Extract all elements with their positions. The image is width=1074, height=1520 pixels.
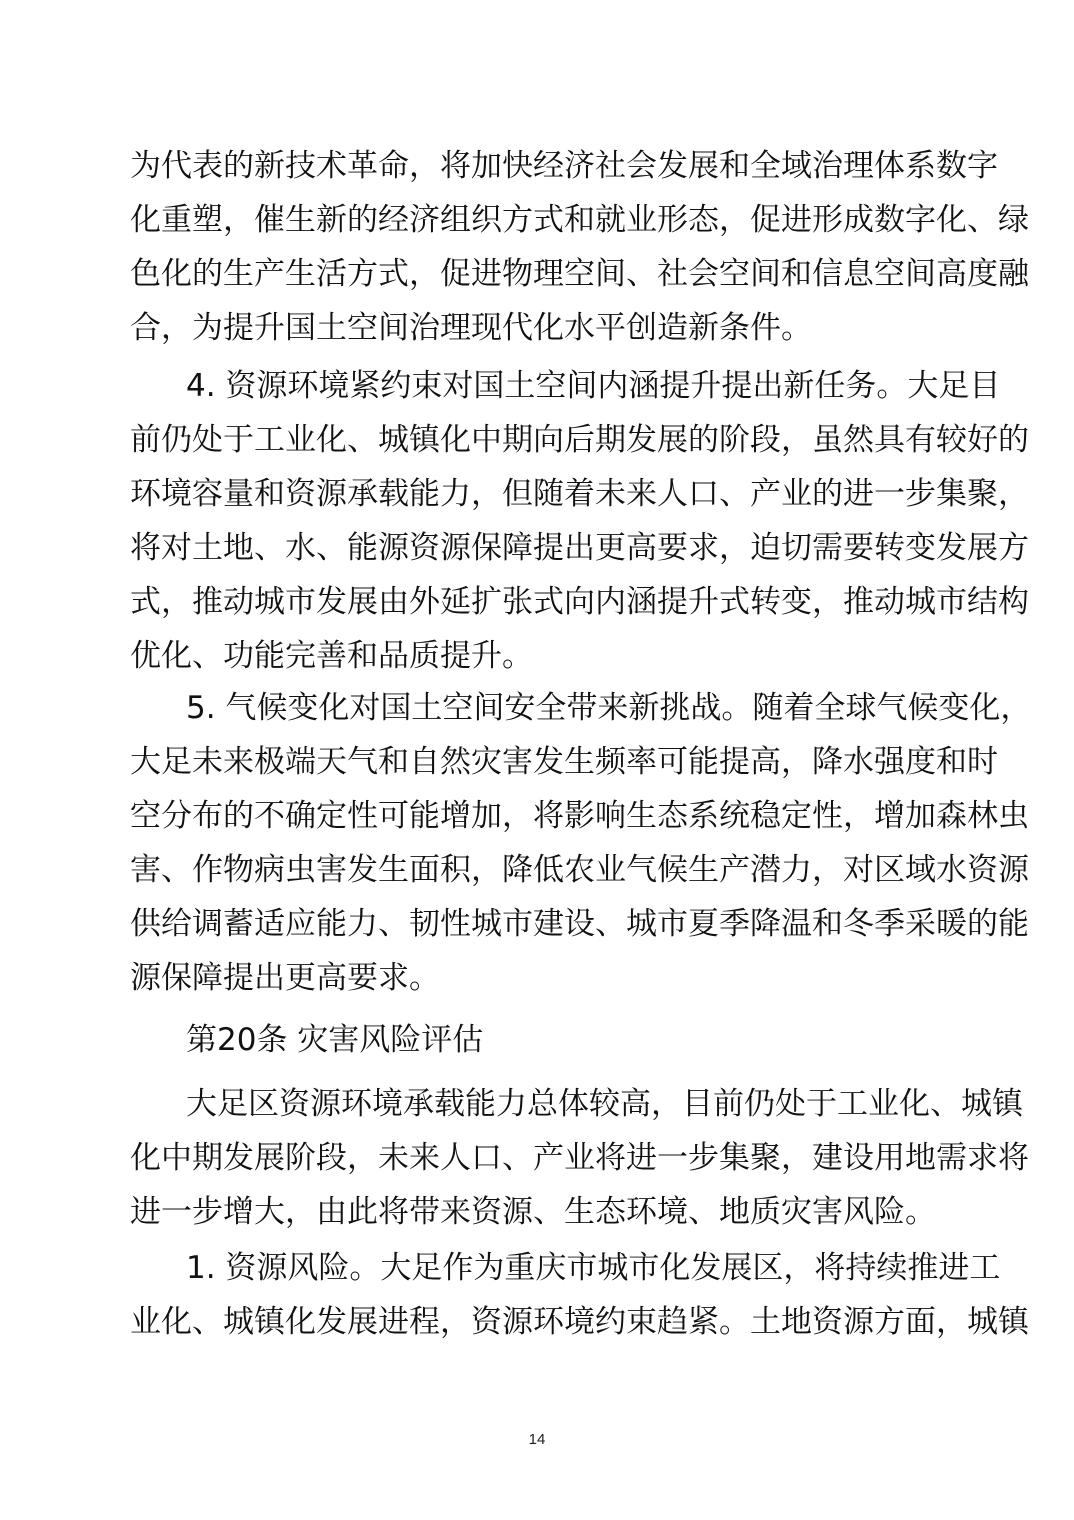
text-line: 大足未来极端天气和自然灾害发生频率可能提高，降水强度和时	[130, 742, 945, 782]
text-line: 色化的生产生活方式，促进物理空间、社会空间和信息空间高度融	[130, 254, 945, 294]
text-line: 为代表的新技术革命，将加快经济社会发展和全域治理体系数字	[130, 146, 945, 186]
text-line: 进一步增大，由此将带来资源、生态环境、地质灾害风险。	[130, 1192, 945, 1232]
text-line: 优化、功能完善和品质提升。	[130, 636, 945, 676]
text-line: 业化、城镇化发展进程，资源环境约束趋紧。土地资源方面，城镇	[130, 1302, 945, 1342]
text-line: 将对土地、水、能源资源保障提出更高要求，迫切需要转变发展方	[130, 528, 945, 568]
text-line: 大足区资源环境承载能力总体较高，目前仍处于工业化、城镇	[186, 1084, 945, 1124]
text-line: 式，推动城市发展由外延扩张式向内涵提升式转变，推动城市结构	[130, 582, 945, 622]
text-line: 5. 气候变化对国土空间安全带来新挑战。随着全球气候变化，	[186, 688, 945, 728]
text-line: 空分布的不确定性可能增加，将影响生态系统稳定性，增加森林虫	[130, 796, 945, 836]
text-line: 环境容量和资源承载能力，但随着未来人口、产业的进一步集聚，	[130, 474, 945, 514]
text-line: 合，为提升国土空间治理现代化水平创造新条件。	[130, 308, 945, 348]
page-number: 14	[0, 1431, 1074, 1448]
document-page: 为代表的新技术革命，将加快经济社会发展和全域治理体系数字化重塑，催生新的经济组织…	[0, 0, 1074, 1520]
text-line: 前仍处于工业化、城镇化中期向后期发展的阶段，虽然具有较好的	[130, 420, 945, 460]
text-line: 供给调蓄适应能力、韧性城市建设、城市夏季降温和冬季采暖的能	[130, 904, 945, 944]
text-line: 化重塑，催生新的经济组织方式和就业形态，促进形成数字化、绿	[130, 200, 945, 240]
text-line: 源保障提出更高要求。	[130, 958, 945, 998]
text-line: 化中期发展阶段，未来人口、产业将进一步集聚，建设用地需求将	[130, 1138, 945, 1178]
text-line: 害、作物病虫害发生面积，降低农业气候生产潜力，对区域水资源	[130, 850, 945, 890]
section-heading: 第20条 灾害风险评估	[186, 1020, 786, 1060]
text-line: 1. 资源风险。大足作为重庆市城市化发展区，将持续推进工	[186, 1248, 945, 1288]
text-line: 4. 资源环境紧约束对国土空间内涵提升提出新任务。大足目	[186, 366, 945, 406]
